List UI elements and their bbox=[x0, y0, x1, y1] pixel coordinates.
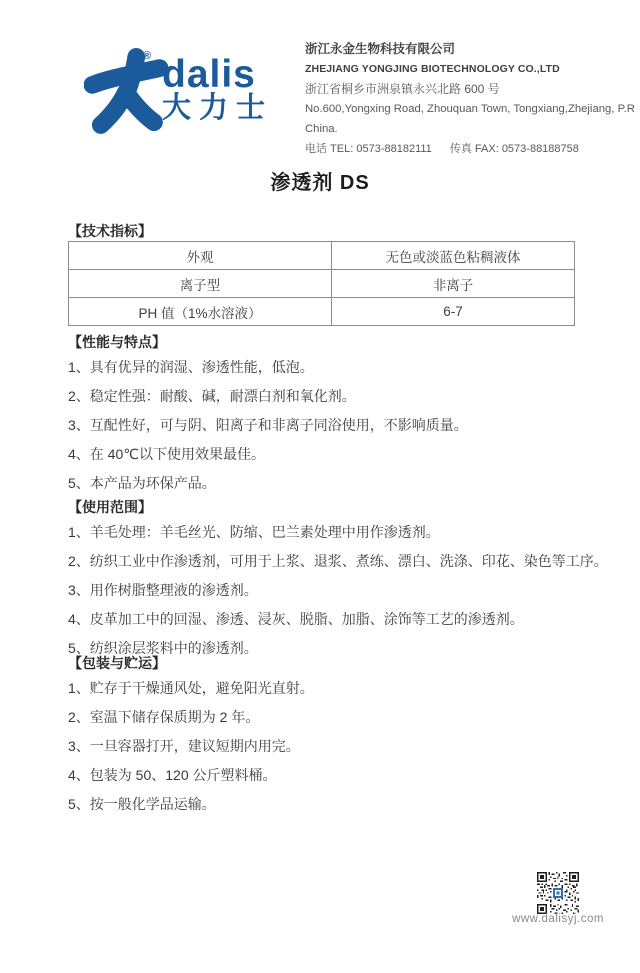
list-item: 3、一旦容器打开，建议短期内用完。 bbox=[68, 732, 314, 761]
spec-label: PH 值（1%水溶液） bbox=[69, 298, 332, 326]
fax-number: 传真 FAX: 0573-88188758 bbox=[450, 143, 579, 155]
table-row: PH 值（1%水溶液） 6-7 bbox=[69, 298, 575, 326]
list-item: 2、稳定性强：耐酸、碱，耐漂白剂和氧化剂。 bbox=[68, 382, 468, 411]
spec-value: 非离子 bbox=[332, 270, 575, 298]
spec-label: 外观 bbox=[69, 242, 332, 270]
usage-list: 1、羊毛处理：羊毛丝光、防缩、巴兰素处理中用作渗透剂。 2、纺织工业中作渗透剂，… bbox=[68, 518, 608, 663]
spec-value: 6-7 bbox=[332, 298, 575, 326]
brand-logo: ® dalis 大力士 bbox=[84, 44, 273, 136]
list-item: 2、室温下储存保质期为 2 年。 bbox=[68, 703, 314, 732]
features-list: 1、具有优异的润湿、渗透性能，低泡。 2、稳定性强：耐酸、碱，耐漂白剂和氧化剂。… bbox=[68, 353, 468, 498]
section-heading-usage: 【使用范围】 bbox=[68, 497, 152, 517]
page-title: 渗透剂 DS bbox=[0, 166, 640, 195]
list-item: 5、本产品为环保产品。 bbox=[68, 469, 468, 498]
company-name-cn: 浙江永金生物科技有限公司 bbox=[305, 40, 640, 59]
spec-value: 无色或淡蓝色粘稠液体 bbox=[332, 242, 575, 270]
section-heading-features: 【性能与特点】 bbox=[68, 332, 166, 352]
qr-code-icon bbox=[537, 872, 579, 914]
company-info-block: 浙江永金生物科技有限公司 ZHEJIANG YONGJING BIOTECHNO… bbox=[305, 40, 640, 159]
list-item: 2、纺织工业中作渗透剂，可用于上浆、退浆、煮练、漂白、洗涤、印花、染色等工序。 bbox=[68, 547, 608, 576]
company-address-en: No.600,Yongxing Road, Zhouquan Town, Ton… bbox=[305, 99, 640, 139]
brand-name-latin: dalis bbox=[162, 58, 273, 92]
company-name-en: ZHEJIANG YONGJING BIOTECHNOLOGY CO.,LTD bbox=[305, 59, 640, 79]
packing-list: 1、贮存于干燥通风处，避免阳光直射。 2、室温下储存保质期为 2 年。 3、一旦… bbox=[68, 674, 314, 819]
company-contact-line: 电话 TEL: 0573-88182111 传真 FAX: 0573-88188… bbox=[305, 139, 640, 159]
table-row: 外观 无色或淡蓝色粘稠液体 bbox=[69, 242, 575, 270]
website-url: www.dalisyj.com bbox=[478, 913, 638, 925]
section-heading-packing: 【包装与贮运】 bbox=[68, 653, 166, 673]
list-item: 1、具有优异的润湿、渗透性能，低泡。 bbox=[68, 353, 468, 382]
registered-trademark-icon: ® bbox=[143, 50, 151, 62]
list-item: 1、贮存于干燥通风处，避免阳光直射。 bbox=[68, 674, 314, 703]
list-item: 4、皮革加工中的回湿、渗透、浸灰、脱脂、加脂、涂饰等工艺的渗透剂。 bbox=[68, 605, 608, 634]
spec-label: 离子型 bbox=[69, 270, 332, 298]
dalis-mascot-icon bbox=[84, 44, 168, 136]
list-item: 3、用作树脂整理液的渗透剂。 bbox=[68, 576, 608, 605]
list-item: 3、互配性好，可与阴、阳离子和非离子同浴使用，不影响质量。 bbox=[68, 411, 468, 440]
phone-number: 电话 TEL: 0573-88182111 bbox=[305, 143, 432, 155]
list-item: 5、按一般化学品运输。 bbox=[68, 790, 314, 819]
section-heading-tech-specs: 【技术指标】 bbox=[68, 221, 152, 241]
list-item: 1、羊毛处理：羊毛丝光、防缩、巴兰素处理中用作渗透剂。 bbox=[68, 518, 608, 547]
list-item: 4、包装为 50、120 公斤塑料桶。 bbox=[68, 761, 314, 790]
list-item: 4、在 40℃以下使用效果最佳。 bbox=[68, 440, 468, 469]
tech-specs-table: 外观 无色或淡蓝色粘稠液体 离子型 非离子 PH 值（1%水溶液） 6-7 bbox=[68, 241, 575, 326]
brand-wordmark: dalis 大力士 bbox=[162, 44, 273, 125]
table-row: 离子型 非离子 bbox=[69, 270, 575, 298]
company-address-cn: 浙江省桐乡市洲泉镇永兴北路 600 号 bbox=[305, 79, 640, 99]
brand-name-chinese: 大力士 bbox=[162, 92, 273, 125]
